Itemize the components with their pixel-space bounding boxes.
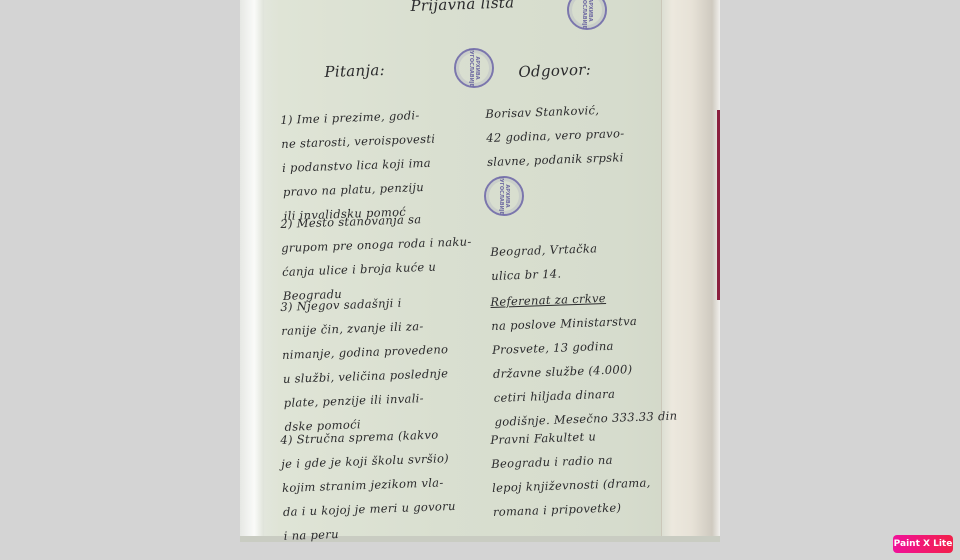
answer-4: Pravni Fakultet u Beogradu i radio na le…	[490, 422, 652, 523]
answer-2: Beograd, Vrtačka ulica br 14.	[490, 236, 599, 288]
answers-column-header: Odgovor:	[518, 57, 591, 84]
page-left-edge	[240, 0, 264, 542]
questions-column-header: Pitanja:	[324, 58, 385, 84]
answer-3-underlined-heading: Referenat za crkve	[490, 291, 606, 309]
question-3: 3) Njegov sadašnji i ranije čin, zvanje …	[280, 289, 451, 439]
question-4: 4) Stručna sprema (kakvo je i gde je koj…	[280, 422, 457, 542]
document-title: Prijavna lista	[410, 0, 515, 18]
answer-1: Borisav Stanković, 42 godina, vero pravo…	[485, 97, 626, 174]
image-viewer-canvas: Prijavna lista АРХИВА ЈУГОСЛАВИЈЕ АРХИВА…	[0, 0, 960, 560]
page-right-fold	[661, 0, 720, 542]
answer-3: Referenat za crkve na poslove Ministarst…	[490, 284, 678, 434]
archive-stamp-icon: АРХИВА ЈУГОСЛАВИЈЕ	[567, 0, 607, 30]
paint-x-lite-badge[interactable]: Paint X Lite	[893, 535, 953, 553]
red-binding-edge	[717, 110, 720, 300]
document-photo: Prijavna lista АРХИВА ЈУГОСЛАВИЈЕ АРХИВА…	[240, 0, 720, 542]
archive-stamp-icon: АРХИВА ЈУГОСЛАВИЈЕ	[484, 176, 524, 216]
archive-stamp-icon: АРХИВА ЈУГОСЛАВИЈЕ	[454, 48, 494, 88]
